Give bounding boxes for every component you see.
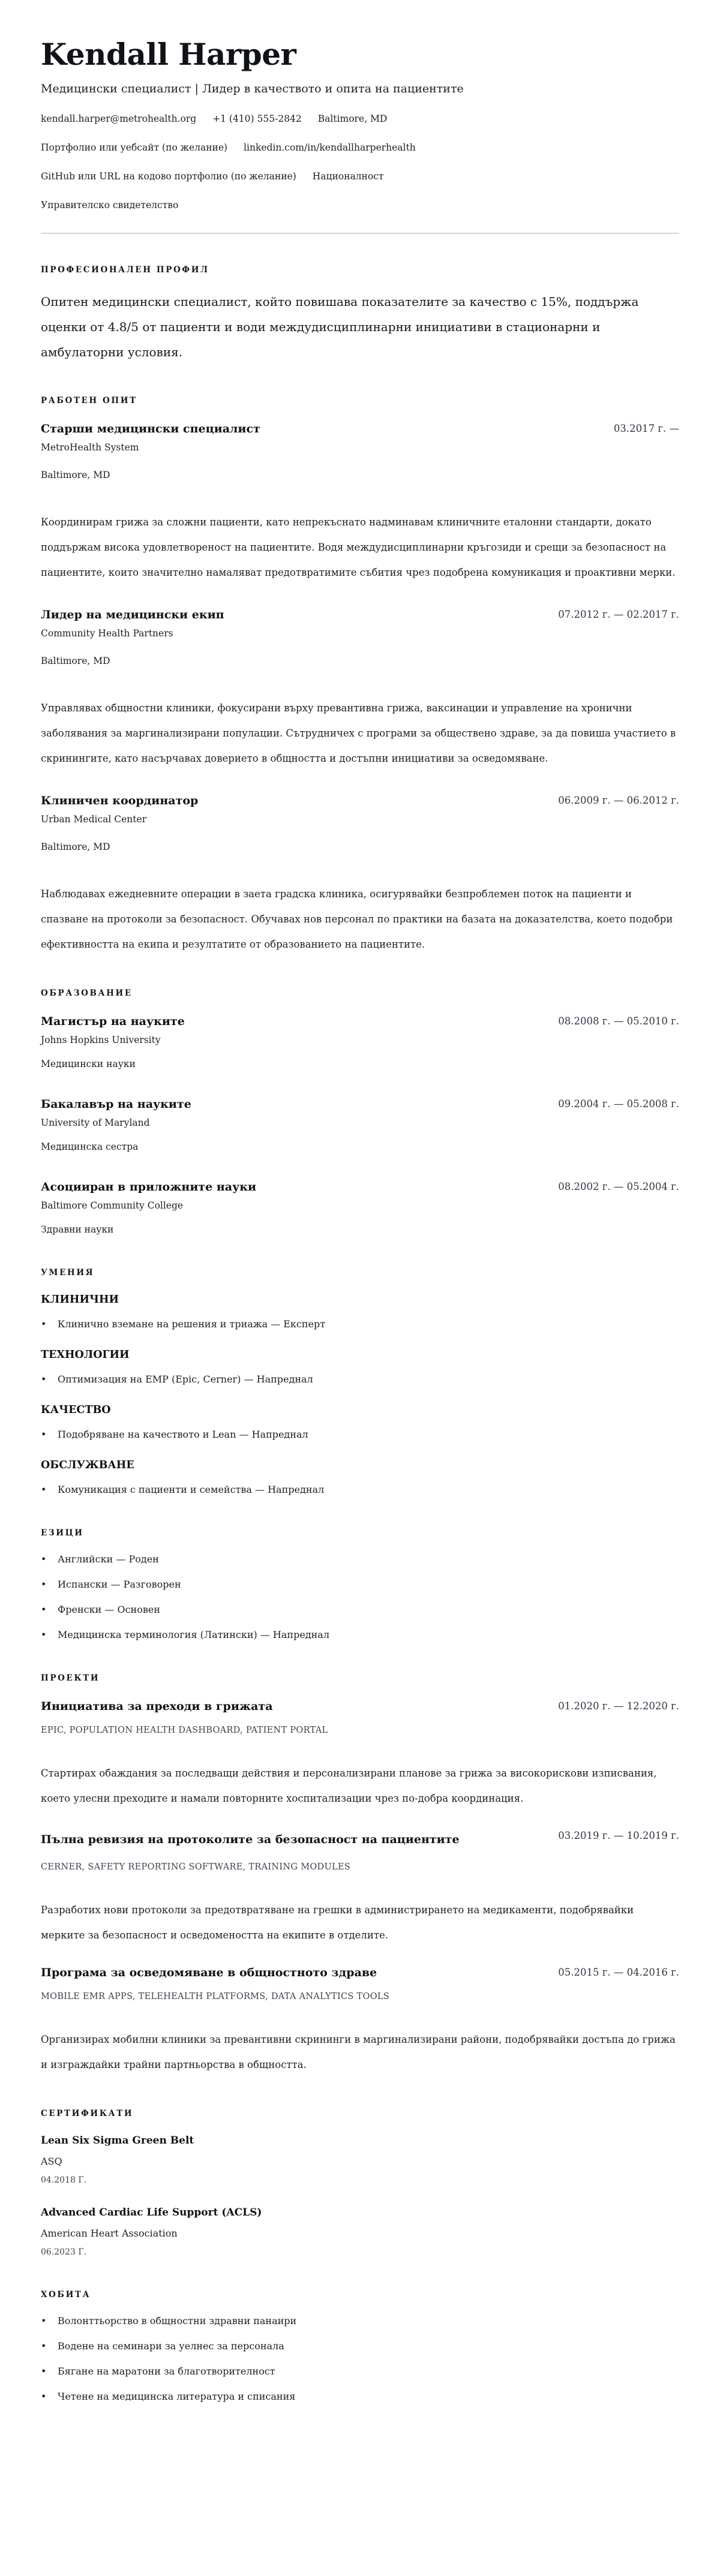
project-title: Пълна ревизия на протоколите за безопасн… [41,1827,460,1852]
education-entry: Магистър на науките 08.2008 г. — 05.2010… [41,1012,679,1071]
certificate-name: Lean Six Sigma Green Belt [41,2133,679,2148]
project-description: Стартирах обаждания за последващи действ… [41,1761,679,1811]
candidate-headline: Медицински специалист | Лидер в качество… [41,80,679,97]
portfolio-placeholder: Портфолио или уебсайт (по желание) [41,142,227,153]
skill-item: Комуникация с пациенти и семейства — Нап… [41,1483,679,1497]
school-name: University of Maryland [41,1116,679,1130]
job-dates: 03.2017 г. — [614,420,679,438]
skill-item: Подобряване на качеството и Lean — Напре… [41,1427,679,1442]
job-description: Управлявах общностни клиники, фокусирани… [41,696,679,771]
certificate-issuer: American Heart Association [41,2226,679,2241]
section-title: Работен опит [41,396,679,405]
skill-group: Клинични Клинично вземане на решения и т… [41,1292,679,1331]
language-item: Английски — Роден [41,1552,679,1567]
projects-section: Проекти Инициатива за преходи в грижата … [41,1673,679,2078]
hobby-item: Четене на медицинска литература и списан… [41,2389,679,2404]
skill-group: Технологии Оптимизация на EMP (Epic, Cer… [41,1347,679,1387]
certificate-date: 04.2018 г. [41,2174,679,2187]
skill-category: Клинични [41,1292,679,1307]
skill-group: Качество Подобряване на качеството и Lea… [41,1402,679,1442]
candidate-name: Kendall Harper [41,35,679,74]
certificate-entry: Lean Six Sigma Green Belt ASQ 04.2018 г. [41,2133,679,2187]
drivers-license-text: Управителско свидетелство [41,200,178,211]
summary-section: Професионален профил Опитен медицински с… [41,265,679,365]
languages-section: Езици Английски — Роден Испански — Разго… [41,1528,679,1642]
job-title: Старши медицински специалист [41,420,260,438]
skill-item: Клинично вземане на решения и триажа — Е… [41,1317,679,1331]
section-title: Образование [41,988,679,998]
education-dates: 08.2008 г. — 05.2010 г. [558,1012,679,1030]
project-entry: Програма за осведомяване в общностното з… [41,1964,679,2078]
education-section: Образование Магистър на науките 08.2008 … [41,988,679,1237]
company-name: MetroHealth System [41,440,679,455]
company-name: Community Health Partners [41,626,679,641]
project-description: Организирах мобилни клиники за превантив… [41,2027,679,2078]
project-entry: Инициатива за преходи в грижата 01.2020 … [41,1697,679,1811]
project-description: Разработих нови протоколи за предотвратя… [41,1898,679,1948]
language-item: Испански — Разговорен [41,1577,679,1592]
job-title: Клиничен координатор [41,792,198,810]
contact-row: Портфолио или уебсайт (по желание) linke… [41,140,679,155]
hobbies-section: Хобита Волонттьорство в общностни здравн… [41,2290,679,2404]
linkedin-link[interactable]: linkedin.com/in/kendallharperhealth [244,142,416,153]
experience-entry: Клиничен координатор 06.2009 г. — 06.201… [41,792,679,957]
field-of-study: Медицинска сестра [41,1140,679,1154]
resume-page: Kendall Harper Медицински специалист | Л… [0,0,720,2451]
skill-group: Обслужване Комуникация с пациенти и семе… [41,1457,679,1497]
language-item: Медицинска терминология (Латински) — Нап… [41,1628,679,1642]
project-title: Инициатива за преходи в грижата [41,1697,273,1715]
skill-category: Обслужване [41,1457,679,1473]
section-title: Сертификати [41,2109,679,2118]
education-dates: 09.2004 г. — 05.2008 г. [558,1095,679,1113]
project-dates: 03.2019 г. — 10.2019 г. [558,1827,679,1845]
section-title: Умения [41,1268,679,1278]
degree-title: Магистър на науките [41,1012,185,1030]
contact-row: Управителско свидетелство [41,198,679,212]
job-dates: 07.2012 г. — 02.2017 г. [558,606,679,624]
location-text: Baltimore, MD [318,113,388,124]
project-title: Програма за осведомяване в общностното з… [41,1964,377,1982]
skill-item: Оптимизация на EMP (Epic, Cerner) — Напр… [41,1372,679,1387]
certificate-name: Advanced Cardiac Life Support (ACLS) [41,2205,679,2220]
degree-title: Асоцииран в приложните науки [41,1178,256,1196]
field-of-study: Здравни науки [41,1222,679,1237]
project-entry: Пълна ревизия на протоколите за безопасн… [41,1827,679,1948]
education-dates: 08.2002 г. — 05.2004 г. [558,1178,679,1196]
job-description: Наблюдавах ежедневните операции в заета … [41,882,679,957]
job-title: Лидер на медицински екип [41,606,224,624]
job-location: Baltimore, MD [41,840,679,854]
project-dates: 01.2020 г. — 12.2020 г. [558,1697,679,1715]
certificate-date: 06.2023 г. [41,2246,679,2259]
contact-row: GitHub или URL на кодово портфолио (по ж… [41,169,679,184]
experience-entry: Лидер на медицински екип 07.2012 г. — 02… [41,606,679,771]
job-dates: 06.2009 г. — 06.2012 г. [558,792,679,810]
school-name: Johns Hopkins University [41,1033,679,1047]
certificate-issuer: ASQ [41,2154,679,2169]
resume-header: Kendall Harper Медицински специалист | Л… [41,35,679,212]
education-entry: Бакалавър на науките 09.2004 г. — 05.200… [41,1095,679,1154]
project-technologies: Epic, Population Health Dashboard, Patie… [41,1724,679,1737]
experience-section: Работен опит Старши медицински специалис… [41,396,679,957]
github-placeholder: GitHub или URL на кодово портфолио (по ж… [41,171,296,182]
certificates-section: Сертификати Lean Six Sigma Green Belt AS… [41,2109,679,2259]
job-location: Baltimore, MD [41,654,679,668]
hobby-item: Волонттьорство в общностни здравни панаи… [41,2314,679,2328]
section-title: Проекти [41,1673,679,1683]
certificate-entry: Advanced Cardiac Life Support (ACLS) Ame… [41,2205,679,2259]
hobby-item: Бягане на маратони за благотворителност [41,2364,679,2379]
section-title: Професионален профил [41,265,679,275]
section-title: Хобита [41,2290,679,2300]
company-name: Urban Medical Center [41,812,679,826]
section-title: Езици [41,1528,679,1538]
skill-category: Качество [41,1402,679,1418]
contact-info: kendall.harper@metrohealth.org +1 (410) … [41,112,679,212]
project-technologies: Mobile EMR Apps, Telehealth Platforms, D… [41,1990,679,2003]
header-divider [41,233,679,234]
contact-row: kendall.harper@metrohealth.org +1 (410) … [41,112,679,126]
experience-entry: Старши медицински специалист 03.2017 г. … [41,420,679,585]
project-technologies: Cerner, Safety Reporting Software, Train… [41,1860,679,1874]
email-link[interactable]: kendall.harper@metrohealth.org [41,113,196,124]
field-of-study: Медицински науки [41,1057,679,1071]
education-entry: Асоцииран в приложните науки 08.2002 г. … [41,1178,679,1237]
job-description: Координирам грижа за сложни пациенти, ка… [41,510,679,585]
school-name: Baltimore Community College [41,1198,679,1213]
nationality-text: Националност [313,171,384,182]
hobby-item: Водене на семинари за уелнес за персонал… [41,2339,679,2353]
skills-section: Умения Клинични Клинично вземане на реше… [41,1268,679,1497]
language-item: Френски — Основен [41,1603,679,1617]
summary-text: Опитен медицински специалист, който пови… [41,289,679,365]
phone-number: +1 (410) 555-2842 [212,113,302,124]
project-dates: 05.2015 г. — 04.2016 г. [558,1964,679,1982]
job-location: Baltimore, MD [41,468,679,482]
skill-category: Технологии [41,1347,679,1363]
degree-title: Бакалавър на науките [41,1095,191,1113]
